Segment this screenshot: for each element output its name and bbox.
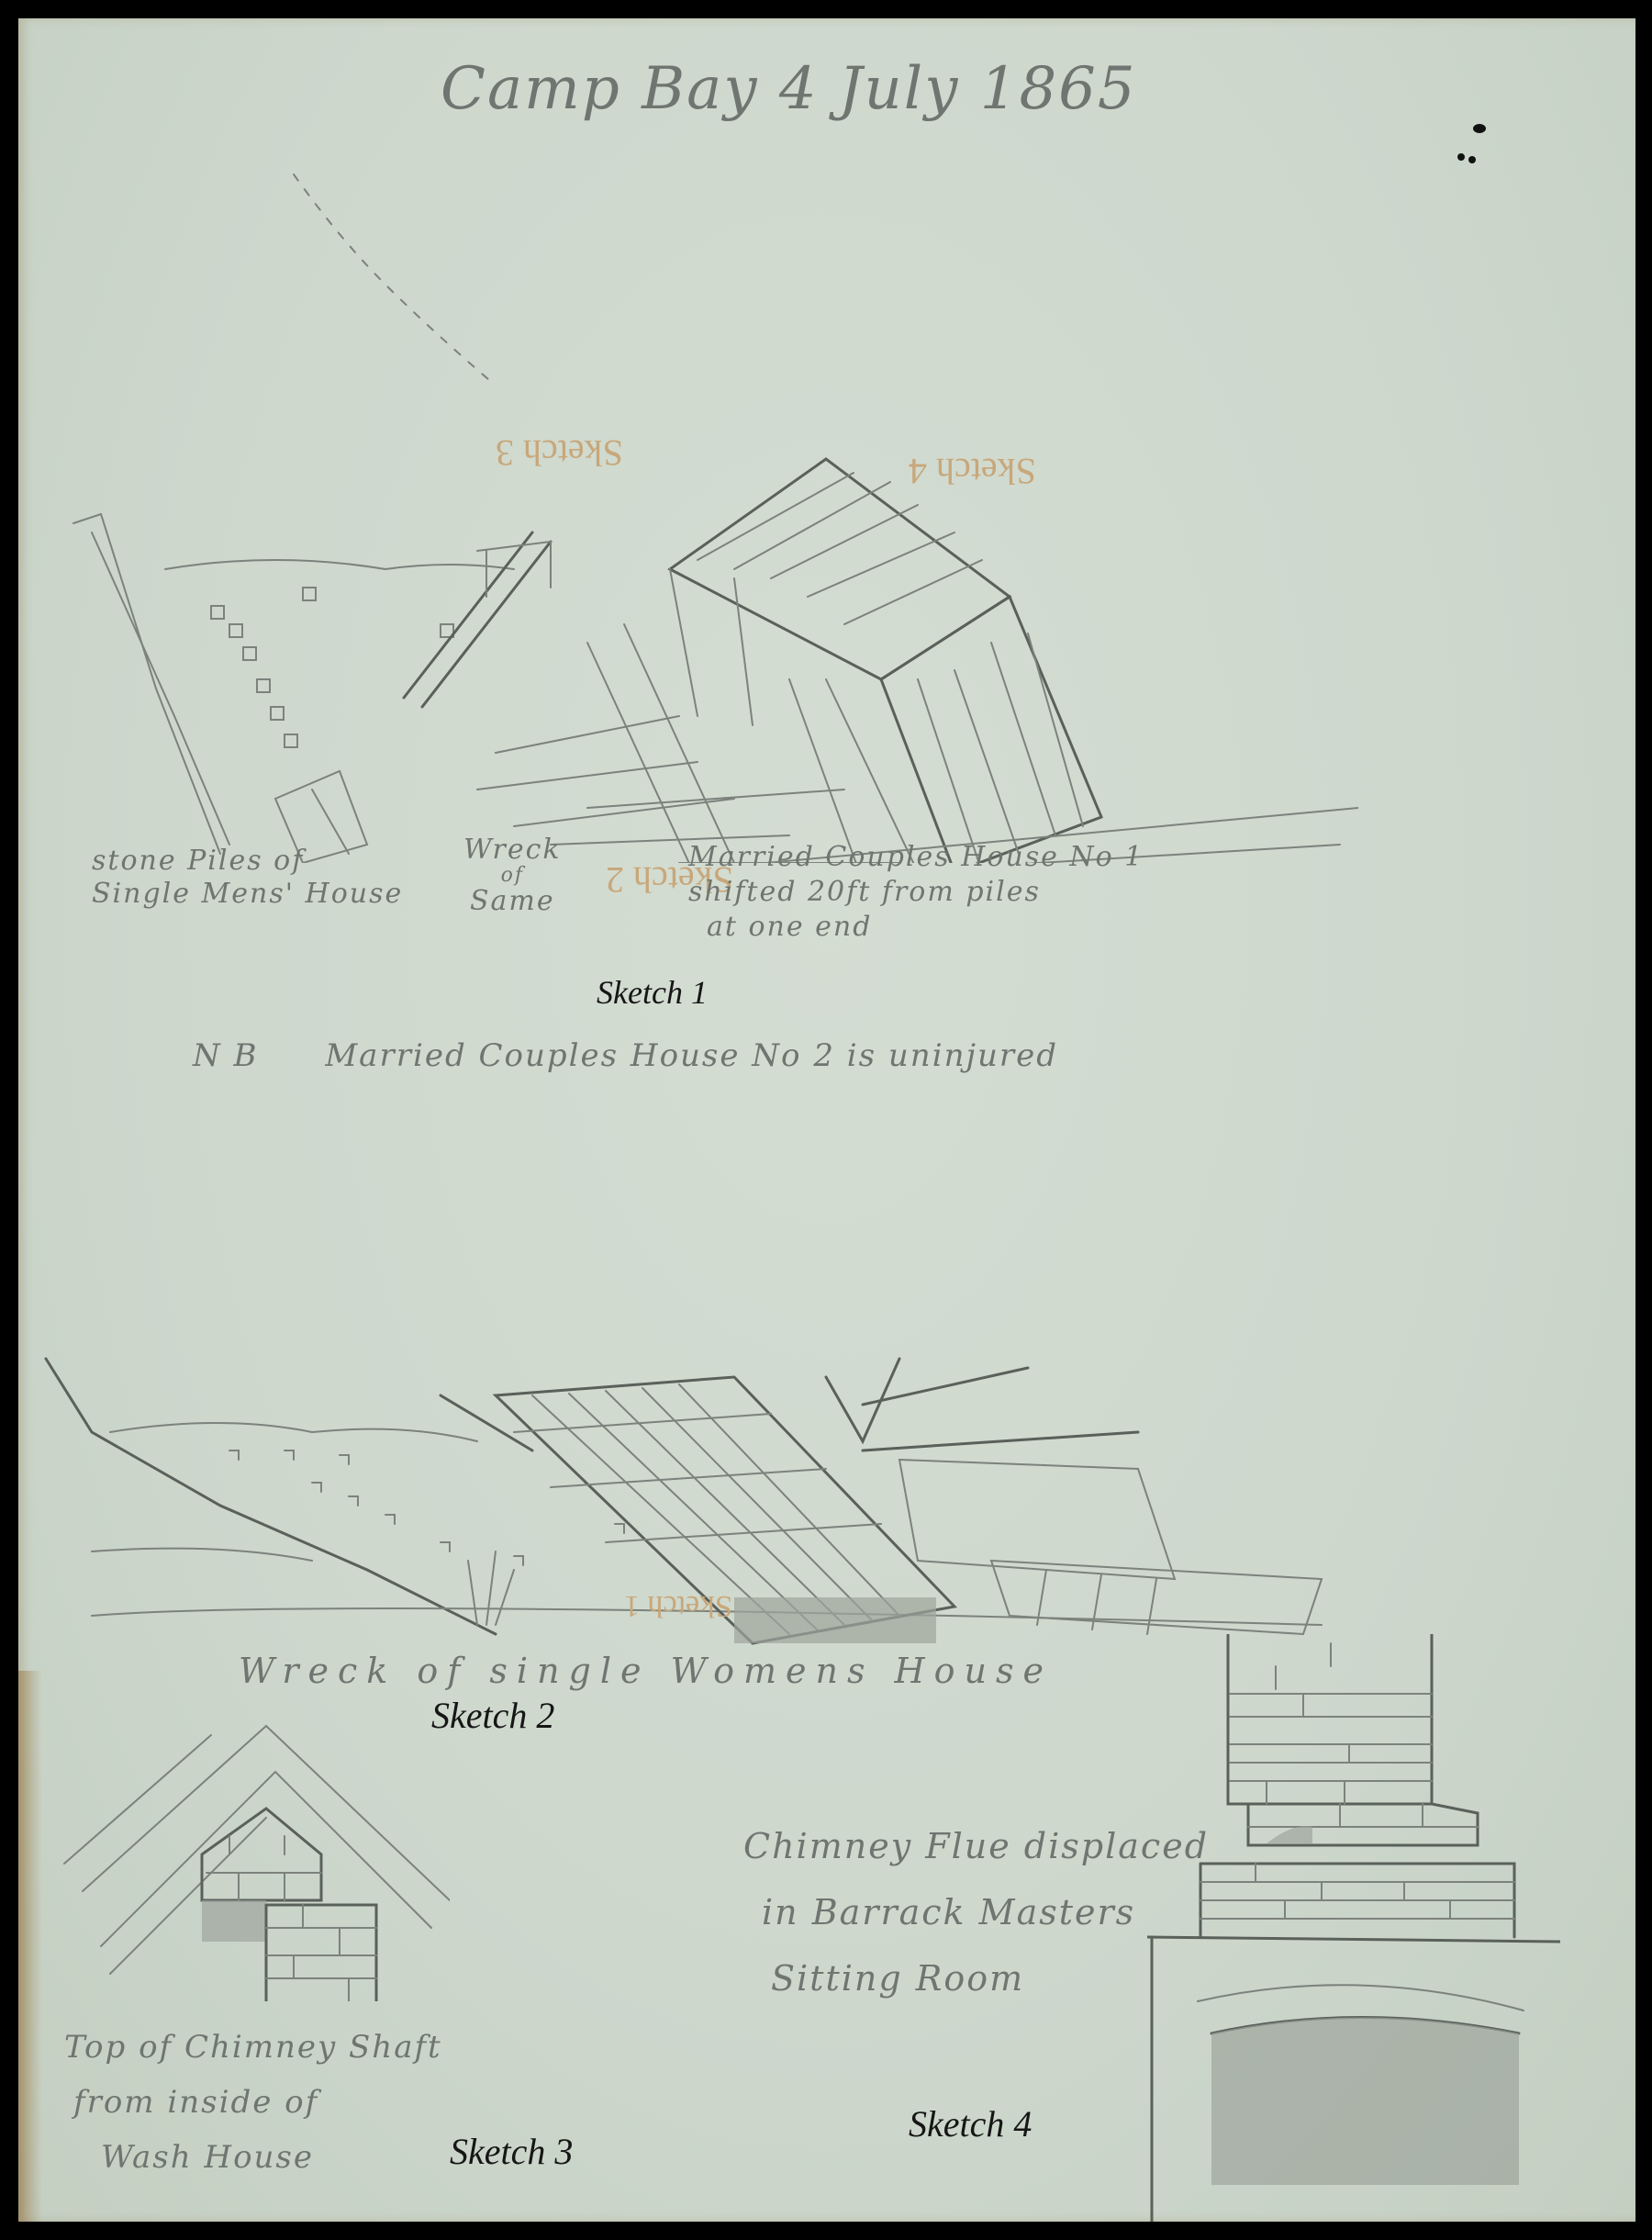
inverted-annotation-sketch4: Sketch 4 bbox=[909, 450, 1036, 493]
ink-blot bbox=[1468, 156, 1476, 163]
paper-stain bbox=[18, 1671, 42, 2222]
nb-prefix: N B bbox=[193, 1037, 259, 1074]
sketch-3-drawing bbox=[46, 1698, 450, 2001]
caption-stone-piles: stone Piles of Single Mens' House bbox=[92, 845, 403, 911]
page-title: Camp Bay 4 July 1865 bbox=[441, 55, 1137, 123]
sketch-4-label: Sketch 4 bbox=[909, 2102, 1032, 2145]
inverted-annotation-sketch1: Sketch 1 bbox=[624, 1588, 732, 1623]
caption-line: shifted 20ft from piles bbox=[688, 875, 1144, 910]
caption-line: Wreck bbox=[463, 837, 562, 863]
nb-note: N B Married Couples House No 2 is uninju… bbox=[193, 1037, 1058, 1074]
caption-married-couples-house-1: Married Couples House No 1 shifted 20ft … bbox=[688, 840, 1144, 945]
ink-blot bbox=[1457, 153, 1465, 161]
caption-chimney-flue: Chimney Flue displaced in Barrack Master… bbox=[743, 1813, 1209, 2011]
caption-line: Sitting Room bbox=[743, 1945, 1209, 2011]
caption-line: in Barrack Masters bbox=[743, 1879, 1209, 1945]
caption-line: Chimney Flue displaced bbox=[743, 1813, 1209, 1879]
caption-line: stone Piles of bbox=[92, 845, 403, 878]
caption-wreck-of-same: Wreck of Same bbox=[463, 837, 562, 914]
caption-single-womens-house: Wreck of single Womens House bbox=[239, 1651, 1053, 1691]
sketch-4-drawing bbox=[1147, 1634, 1560, 2222]
caption-chimney-shaft: Top of Chimney Shaft from inside of Wash… bbox=[64, 2020, 442, 2185]
caption-line: Wash House bbox=[64, 2130, 442, 2185]
caption-line: from inside of bbox=[64, 2075, 442, 2130]
sketch-3-label: Sketch 3 bbox=[450, 2130, 573, 2173]
caption-line: at one end bbox=[688, 910, 1144, 945]
caption-line: Top of Chimney Shaft bbox=[64, 2020, 442, 2075]
nb-text: Married Couples House No 2 is uninjured bbox=[325, 1037, 1058, 1074]
inverted-annotation-sketch3: Sketch 3 bbox=[496, 431, 623, 475]
caption-line: Single Mens' House bbox=[92, 878, 403, 911]
caption-line: Married Couples House No 1 bbox=[688, 840, 1144, 875]
sketch-2-label: Sketch 2 bbox=[431, 1694, 554, 1737]
ink-blot bbox=[1473, 124, 1486, 133]
sketch-1-label: Sketch 1 bbox=[597, 973, 708, 1012]
sketch-1-drawing bbox=[37, 165, 1358, 863]
caption-line: Same bbox=[463, 889, 562, 914]
